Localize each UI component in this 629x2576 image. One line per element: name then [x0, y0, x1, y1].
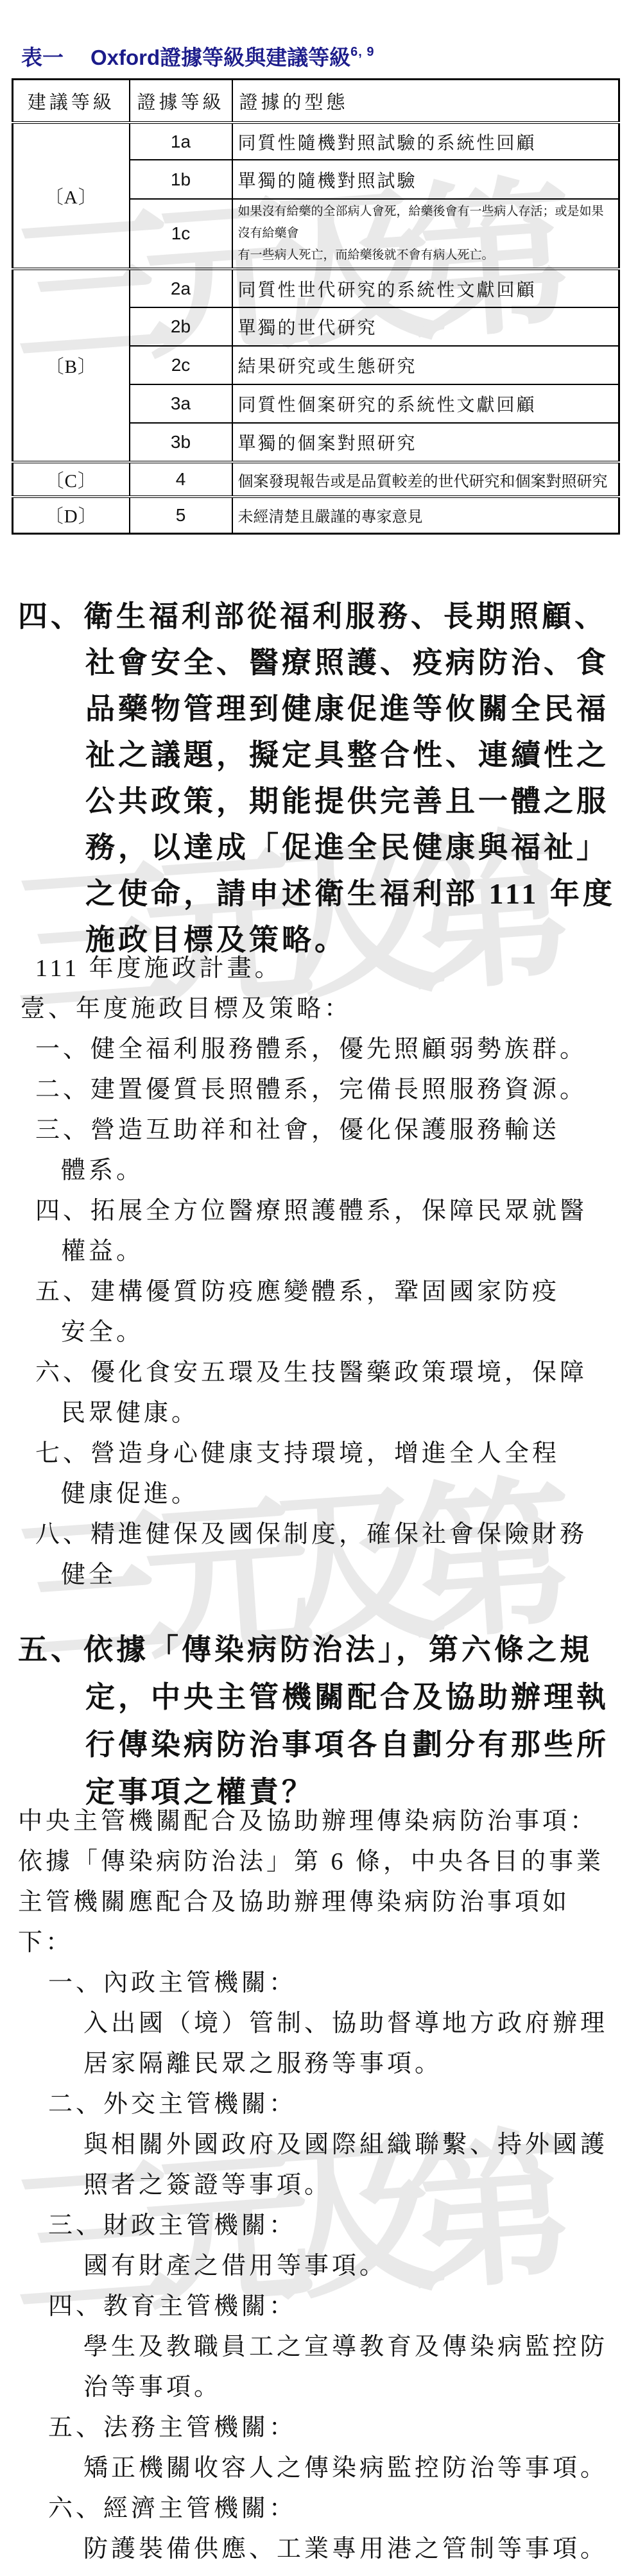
evidence-level-cell: 3b — [130, 423, 232, 462]
table-row: 〔A〕1a同質性隨機對照試驗的系統性回顧 — [13, 123, 619, 160]
text-line: 學生及教職員工之宣導教育及傳染病監控防 — [83, 2327, 629, 2367]
text-line: 三、財政主管機關： — [48, 2206, 629, 2246]
text-line: 七、營造身心健康支持環境，增進全人全程 — [35, 1434, 629, 1474]
text-line: 入出國（境）管制、協助督導地方政府辦理 — [83, 2004, 629, 2044]
question-4-heading: 四、衛生福利部從福利服務、長期照顧、社會安全、醫療照護、疫病防治、食品藥物管理到… — [0, 594, 629, 963]
col-header-evidence-level: 證據等級 — [130, 80, 232, 123]
text-line: 六、經濟主管機關： — [48, 2489, 629, 2529]
evidence-level-cell: 2c — [130, 346, 232, 384]
evidence-type-cell: 結果研究或生態研究 — [232, 346, 619, 384]
text-line: 務，以達成「促進全民健康與福祉」 — [85, 825, 629, 871]
text-line: 國有財產之借用等事項。 — [83, 2246, 629, 2287]
evidence-level-cell: 4 — [130, 462, 232, 497]
text-line: 五、建構優質防疫應變體系，鞏固國家防疫 — [35, 1272, 629, 1312]
evidence-type-cell: 同質性個案研究的系統性文獻回顧 — [232, 384, 619, 423]
text-line: 二、外交主管機關： — [48, 2084, 629, 2125]
evidence-type-cell: 同質性世代研究的系統性文獻回顧 — [232, 269, 619, 307]
text-line: 壹、年度施政目標及策略： — [21, 989, 629, 1029]
col-header-evidence-type: 證據的型態 — [232, 80, 619, 123]
evidence-type-cell: 單獨的世代研究 — [232, 307, 619, 346]
text-line: 依據「傳染病防治法」第 6 條，中央各目的事業 — [18, 1842, 629, 1882]
text-line: 祉之議題，擬定具整合性、連續性之 — [85, 732, 629, 778]
text-line: 主管機關應配合及協助辦理傳染病防治事項如 — [18, 1882, 629, 1923]
text-line: 健全 — [61, 1555, 629, 1595]
text-line: 八、精進健保及國保制度，確保社會保險財務 — [35, 1515, 629, 1555]
evidence-type-cell: 如果沒有給藥的全部病人會死，給藥後會有一些病人存活；或是如果沒有給藥會 有一些病… — [232, 199, 619, 269]
text-line: 社會安全、醫療照護、疫病防治、食 — [85, 640, 629, 686]
evidence-level-cell: 3a — [130, 384, 232, 423]
text-line: 一、健全福利服務體系，優先照顧弱勢族群。 — [35, 1029, 629, 1070]
text-line: 五、依據「傳染病防治法」，第六條之規 — [18, 1626, 629, 1674]
recommendation-grade-cell: 〔D〕 — [13, 497, 130, 533]
text-line: 照者之簽證等事項。 — [83, 2165, 629, 2206]
table-row: 〔C〕4個案發現報告或是品質較差的世代研究和個案對照研究 — [13, 462, 619, 497]
text-line: 民眾健康。 — [61, 1393, 629, 1434]
table-row: 〔D〕5未經清楚且嚴謹的專家意見 — [13, 497, 619, 533]
text-line: 品藥物管理到健康促進等攸關全民福 — [85, 686, 629, 732]
evidence-type-cell: 單獨的個案對照研究 — [232, 423, 619, 462]
text-line: 三、營造互助祥和社會，優化保護服務輸送 — [35, 1110, 629, 1151]
evidence-level-cell: 1a — [130, 123, 232, 160]
text-line: 五、法務主管機關： — [48, 2408, 629, 2448]
oxford-evidence-table: 建議等級 證據等級 證據的型態 〔A〕1a同質性隨機對照試驗的系統性回顧1b單獨… — [12, 78, 620, 535]
evidence-level-cell: 5 — [130, 497, 232, 533]
text-line: 矯正機關收容人之傳染病監控防治等事項。 — [83, 2448, 629, 2489]
evidence-type-cell: 未經清楚且嚴謹的專家意見 — [232, 497, 619, 533]
text-line: 防護裝備供應、工業專用港之管制等事項。 — [83, 2529, 629, 2570]
evidence-level-cell: 1c — [130, 199, 232, 269]
text-line: 居家隔離民眾之服務等事項。 — [83, 2044, 629, 2084]
text-line: 四、教育主管機關： — [48, 2287, 629, 2327]
text-line: 公共政策，期能提供完善且一體之服 — [85, 778, 629, 825]
text-line: 二、建置優質長照體系，完備長照服務資源。 — [35, 1070, 629, 1110]
question-5-body: 中央主管機關配合及協助辦理傳染病防治事項：依據「傳染病防治法」第 6 條，中央各… — [0, 1801, 629, 2570]
table-caption: 表一Oxford證據等級與建議等級6, 9 — [21, 41, 375, 71]
text-line: 體系。 — [61, 1151, 629, 1191]
text-line: 111 年度施政計畫。 — [35, 949, 629, 989]
recommendation-grade-cell: 〔C〕 — [13, 462, 130, 497]
page-content: 表一Oxford證據等級與建議等級6, 9 建議等級 證據等級 證據的型態 〔A… — [0, 0, 629, 2576]
question-4-body: 111 年度施政計畫。壹、年度施政目標及策略：一、健全福利服務體系，優先照顧弱勢… — [0, 949, 629, 1595]
table-caption-text: Oxford證據等級與建議等級 — [90, 46, 350, 69]
evidence-type-cell: 同質性隨機對照試驗的系統性回顧 — [232, 123, 619, 160]
recommendation-grade-cell: 〔B〕 — [13, 269, 130, 462]
text-line: 安全。 — [61, 1312, 629, 1353]
text-line: 六、優化食安五環及生技醫藥政策環境，保障 — [35, 1353, 629, 1393]
table-header-row: 建議等級 證據等級 證據的型態 — [13, 80, 619, 123]
document-page: 三元及第 三元及第 三元及第 三元及第 表一Oxford證據等級與建議等級6, … — [0, 0, 629, 2576]
text-line: 四、拓展全方位醫療照護體系，保障民眾就醫 — [35, 1191, 629, 1232]
text-line: 與相關外國政府及國際組織聯繫、持外國護 — [83, 2125, 629, 2165]
text-line: 健康促進。 — [61, 1474, 629, 1515]
text-line: 中央主管機關配合及協助辦理傳染病防治事項： — [18, 1801, 629, 1842]
text-line: 定，中央主管機關配合及協助辦理執 — [85, 1674, 629, 1721]
recommendation-grade-cell: 〔A〕 — [13, 123, 130, 269]
question-5-heading: 五、依據「傳染病防治法」，第六條之規定，中央主管機關配合及協助辦理執行傳染病防治… — [0, 1626, 629, 1816]
text-line: 之使命，請申述衛生福利部 111 年度 — [85, 871, 629, 917]
table-caption-superscript: 6, 9 — [350, 45, 374, 59]
text-line: 權益。 — [61, 1232, 629, 1272]
evidence-level-cell: 2b — [130, 307, 232, 346]
oxford-evidence-table-wrap: 建議等級 證據等級 證據的型態 〔A〕1a同質性隨機對照試驗的系統性回顧1b單獨… — [12, 78, 620, 535]
text-line: 四、衛生福利部從福利服務、長期照顧、 — [18, 594, 629, 640]
evidence-level-cell: 2a — [130, 269, 232, 307]
col-header-recommendation-grade: 建議等級 — [13, 80, 130, 123]
text-line: 下： — [18, 1923, 629, 1963]
text-line: 一、內政主管機關： — [48, 1963, 629, 2004]
evidence-type-cell: 單獨的隨機對照試驗 — [232, 160, 619, 199]
table-row: 〔B〕2a同質性世代研究的系統性文獻回顧 — [13, 269, 619, 307]
table-caption-label: 表一 — [21, 46, 64, 69]
text-line: 行傳染病防治事項各自劃分有那些所 — [85, 1721, 629, 1769]
evidence-level-cell: 1b — [130, 160, 232, 199]
text-line: 治等事項。 — [83, 2367, 629, 2408]
evidence-type-cell: 個案發現報告或是品質較差的世代研究和個案對照研究 — [232, 462, 619, 497]
